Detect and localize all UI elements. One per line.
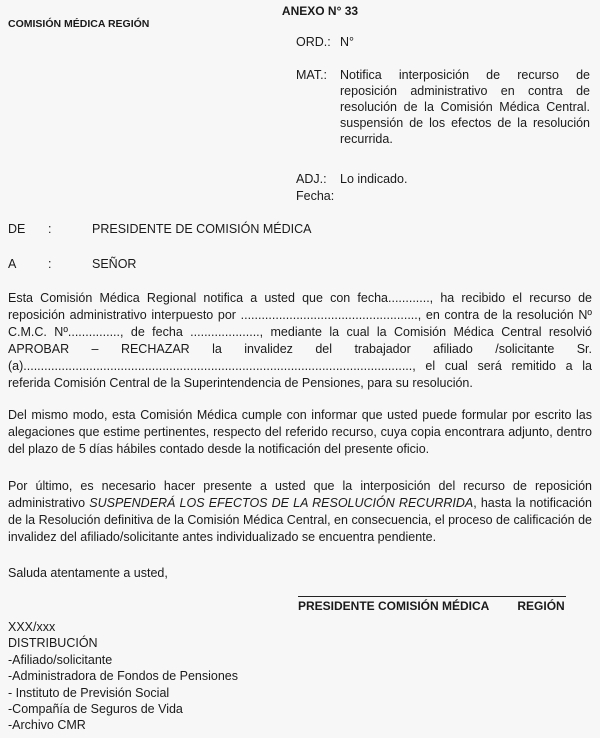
- paragraph-suspension: Por último, es necesario hacer presente …: [8, 478, 592, 546]
- list-item: - Instituto de Previsión Social: [8, 685, 238, 701]
- ord-field: ORD.:N°: [296, 34, 354, 50]
- adj-value: Lo indicado.: [340, 172, 407, 186]
- list-item: -Archivo CMR: [8, 717, 238, 733]
- de-separator: :: [48, 222, 92, 236]
- closing-salutation: Saluda atentamente a usted,: [8, 565, 592, 582]
- to-line: A:SEÑOR: [8, 257, 136, 271]
- paragraph-allegations: Del mismo modo, esta Comisión Médica cum…: [8, 407, 592, 458]
- distribution-heading: DISTRIBUCIÓN: [8, 635, 238, 651]
- de-label: DE: [8, 222, 48, 236]
- ord-label: ORD.:: [296, 34, 340, 50]
- a-separator: :: [48, 257, 92, 271]
- signature-line: [298, 596, 566, 597]
- annex-title: ANEXO N° 33: [0, 4, 600, 18]
- de-value: PRESIDENTE DE COMISIÓN MÉDICA: [92, 222, 311, 236]
- signature-block: PRESIDENTE COMISIÓN MÉDICAREGIÓN: [298, 599, 565, 613]
- organization-name: COMISIÓN MÉDICA REGIÓN: [8, 18, 149, 30]
- fecha-field: Fecha:: [296, 188, 340, 204]
- paragraph-notification: Esta Comisión Médica Regional notifica a…: [8, 290, 592, 392]
- adj-field: ADJ.:Lo indicado.: [296, 171, 407, 187]
- signature-title: PRESIDENTE COMISIÓN MÉDICA: [298, 599, 489, 613]
- list-item: -Administradora de Fondos de Pensiones: [8, 668, 238, 684]
- a-label: A: [8, 257, 48, 271]
- list-item: -Compañía de Seguros de Vida: [8, 701, 238, 717]
- fecha-label: Fecha:: [296, 188, 340, 204]
- ord-value: N°: [340, 35, 354, 49]
- suspension-emphasis: SUSPENDERÁ LOS EFECTOS DE LA RESOLUCIÓN …: [89, 496, 473, 510]
- a-value: SEÑOR: [92, 257, 136, 271]
- initials: XXX/xxx: [8, 619, 238, 635]
- mat-label: MAT.:: [296, 67, 340, 83]
- adj-label: ADJ.:: [296, 171, 340, 187]
- mat-field: MAT.:Notifica interposición de recurso d…: [296, 67, 590, 147]
- distribution-list: XXX/xxx DISTRIBUCIÓN -Afiliado/solicitan…: [8, 619, 238, 734]
- list-item: -Afiliado/solicitante: [8, 652, 238, 668]
- signature-region: REGIÓN: [517, 599, 564, 613]
- from-line: DE:PRESIDENTE DE COMISIÓN MÉDICA: [8, 222, 311, 236]
- mat-value: Notifica interposición de recurso de rep…: [340, 67, 590, 147]
